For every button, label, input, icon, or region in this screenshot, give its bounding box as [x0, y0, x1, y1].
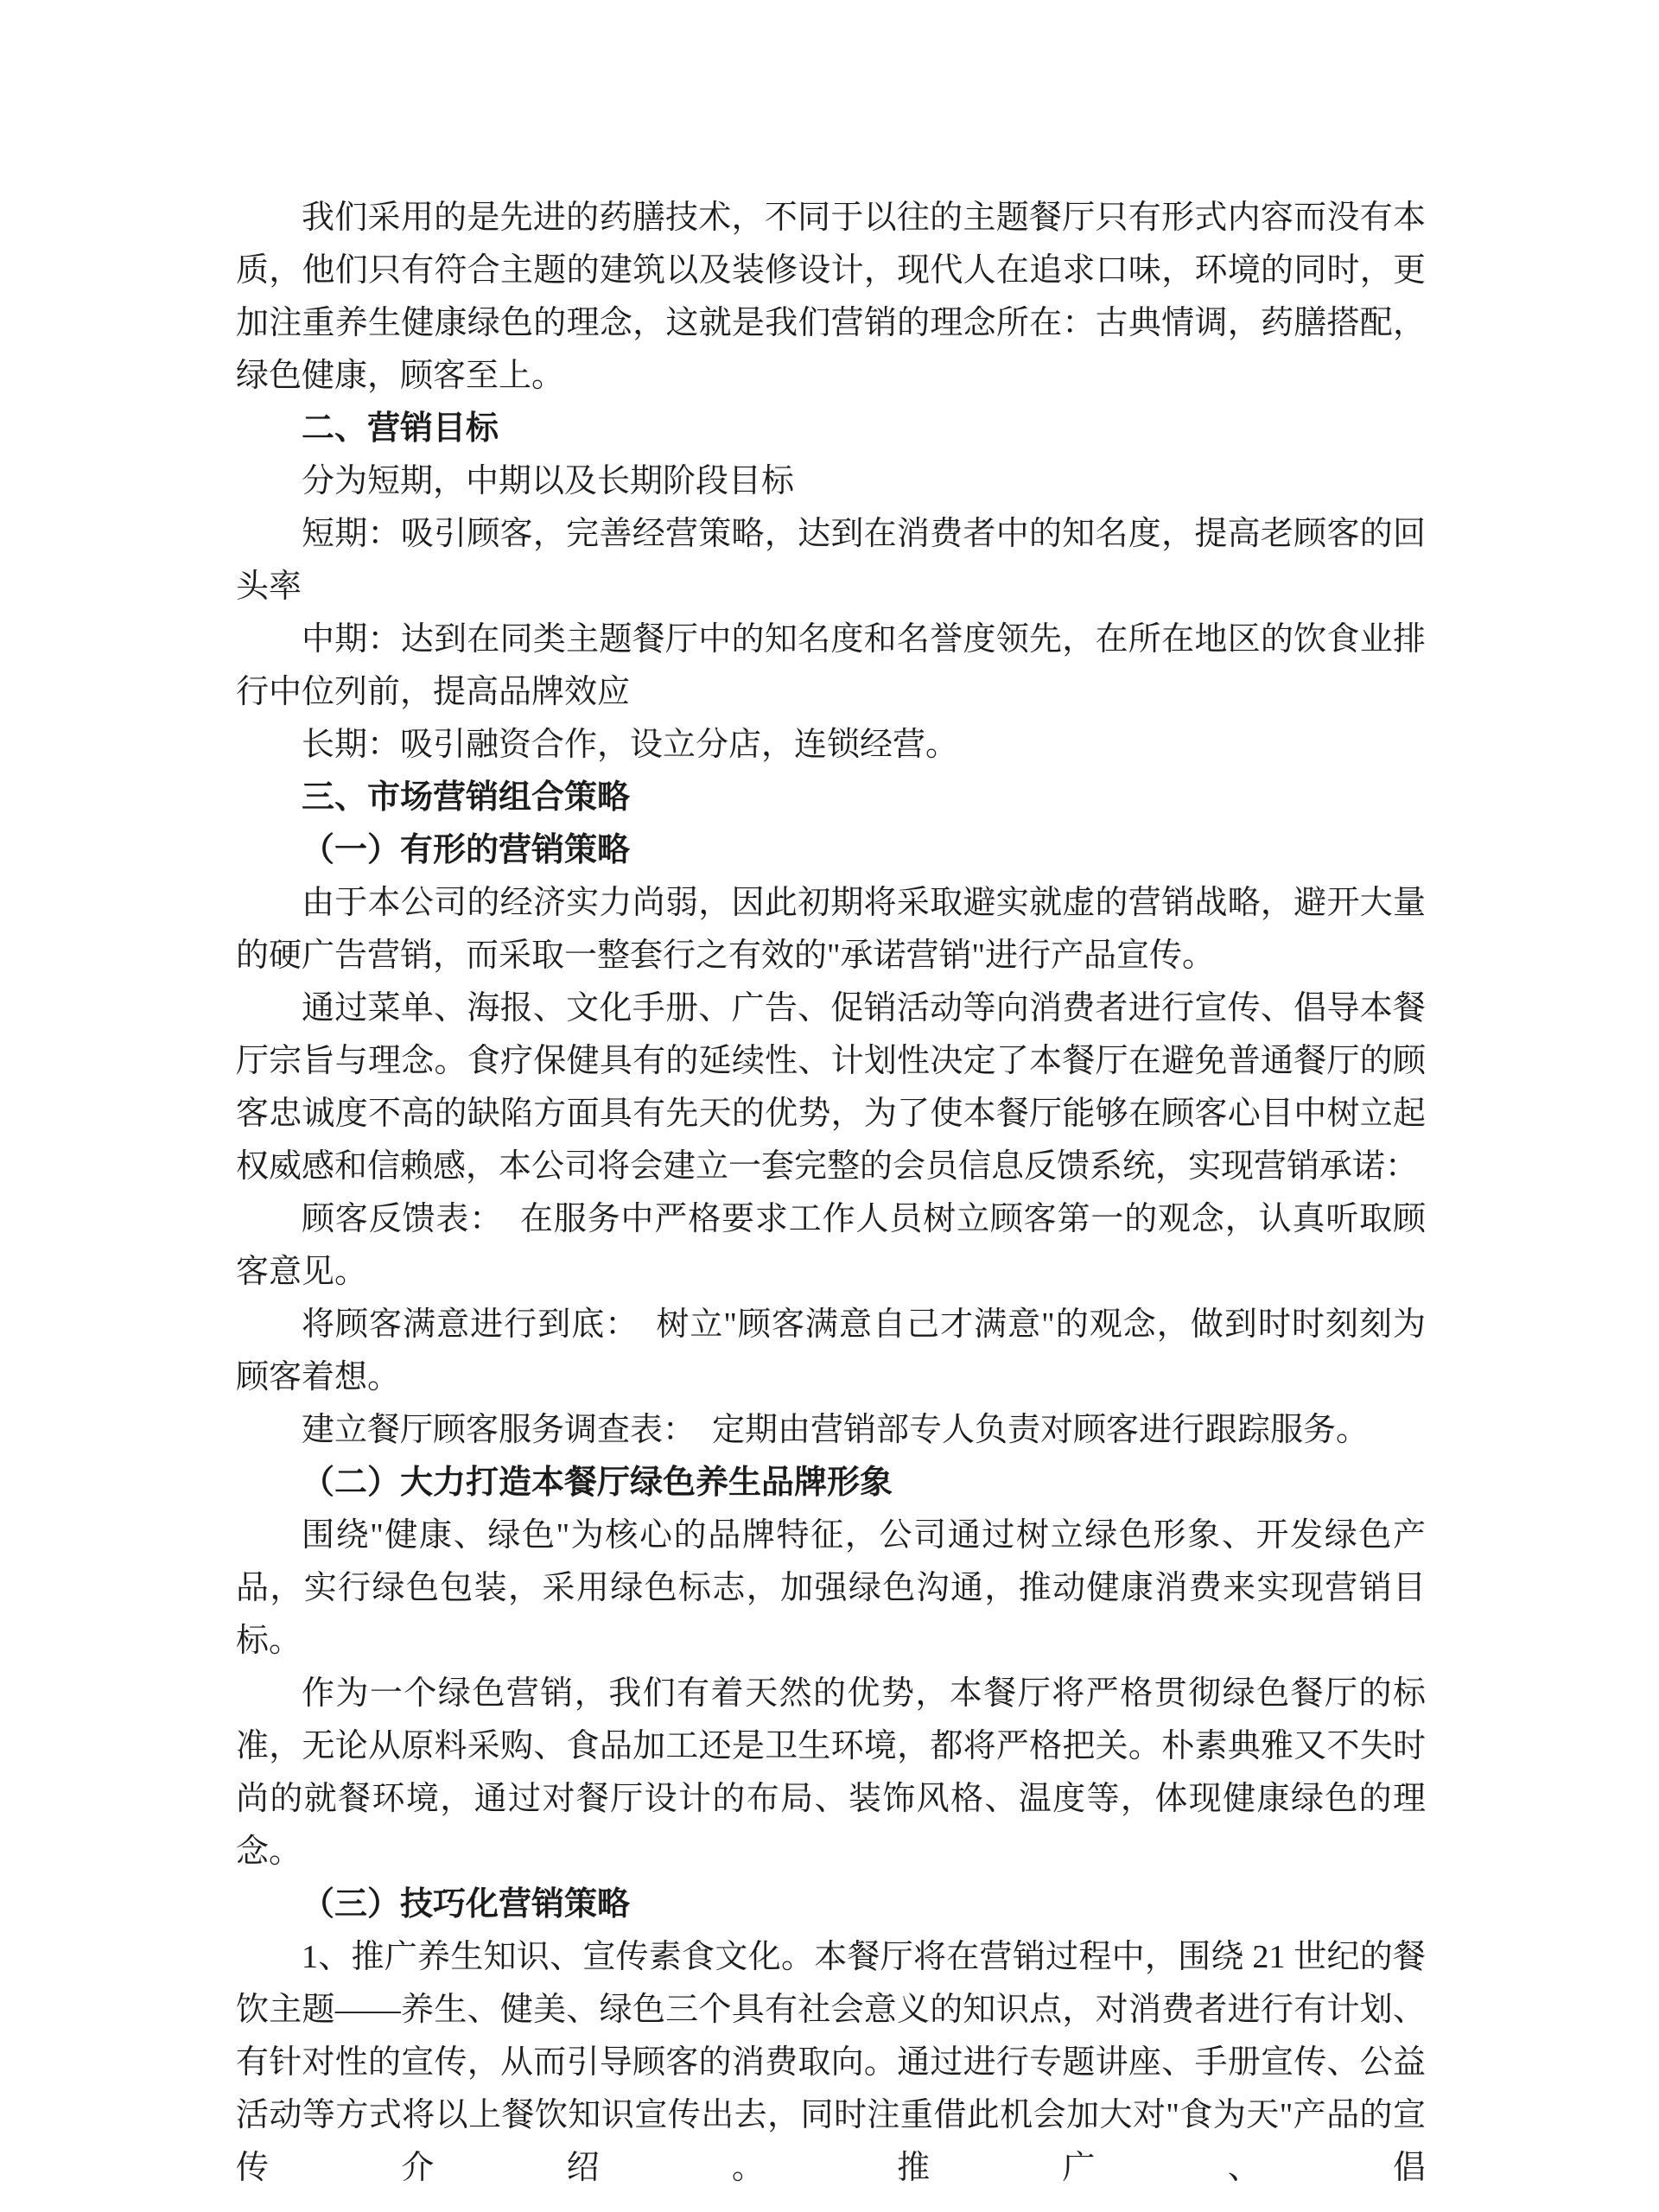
subsection-heading-green-brand: （二）大力打造本餐厅绿色养生品牌形象 — [236, 1457, 1426, 1510]
paragraph-short-term-goal: 短期：吸引顾客，完善经营策略，达到在消费者中的知名度，提高老顾客的回头率 — [236, 508, 1426, 613]
section-heading-marketing-mix: 三、市场营销组合策略 — [236, 772, 1426, 824]
subsection-heading-skillful: （三）技巧化营销策略 — [236, 1878, 1426, 1931]
paragraph-mid-term-goal: 中期：达到在同类主题餐厅中的知名度和名誉度领先，在所在地区的饮食业排行中位列前，… — [236, 613, 1426, 719]
paragraph-green-marketing: 作为一个绿色营销，我们有着天然的优势，本餐厅将严格贯彻绿色餐厅的标准，无论从原料… — [236, 1668, 1426, 1878]
paragraph-green-brand-features: 围绕"健康、绿色"为核心的品牌特征，公司通过树立绿色形象、开发绿色产品，实行绿色… — [236, 1510, 1426, 1668]
paragraph-service-survey-form: 建立餐厅顾客服务调查表： 定期由营销部专人负责对顾客进行跟踪服务。 — [236, 1404, 1426, 1457]
paragraph-intro: 我们采用的是先进的药膳技术，不同于以往的主题餐厅只有形式内容而没有本质，他们只有… — [236, 192, 1426, 403]
paragraph-health-knowledge: 1、推广养生知识、宣传素食文化。本餐厅将在营销过程中，围绕 21 世纪的餐饮主题… — [236, 1931, 1426, 2195]
paragraph-member-feedback-system: 通过菜单、海报、文化手册、广告、促销活动等向消费者进行宣传、倡导本餐厅宗旨与理念… — [236, 982, 1426, 1193]
paragraph-promise-marketing: 由于本公司的经济实力尚弱，因此初期将采取避实就虚的营销战略，避开大量的硬广告营销… — [236, 877, 1426, 982]
document-body: 我们采用的是先进的药膳技术，不同于以往的主题餐厅只有形式内容而没有本质，他们只有… — [236, 192, 1426, 2195]
paragraph-goal-phases: 分为短期，中期以及长期阶段目标 — [236, 455, 1426, 508]
document-page: 我们采用的是先进的药膳技术，不同于以往的主题餐厅只有形式内容而没有本质，他们只有… — [0, 0, 1659, 2212]
paragraph-customer-satisfaction: 将顾客满意进行到底： 树立"顾客满意自己才满意"的观念，做到时时刻刻为顾客着想。 — [236, 1299, 1426, 1404]
paragraph-customer-feedback-form: 顾客反馈表： 在服务中严格要求工作人员树立顾客第一的观念，认真听取顾客意见。 — [236, 1193, 1426, 1299]
paragraph-long-term-goal: 长期：吸引融资合作，设立分店，连锁经营。 — [236, 719, 1426, 772]
subsection-heading-tangible: （一）有形的营销策略 — [236, 824, 1426, 877]
section-heading-marketing-goals: 二、营销目标 — [236, 403, 1426, 455]
